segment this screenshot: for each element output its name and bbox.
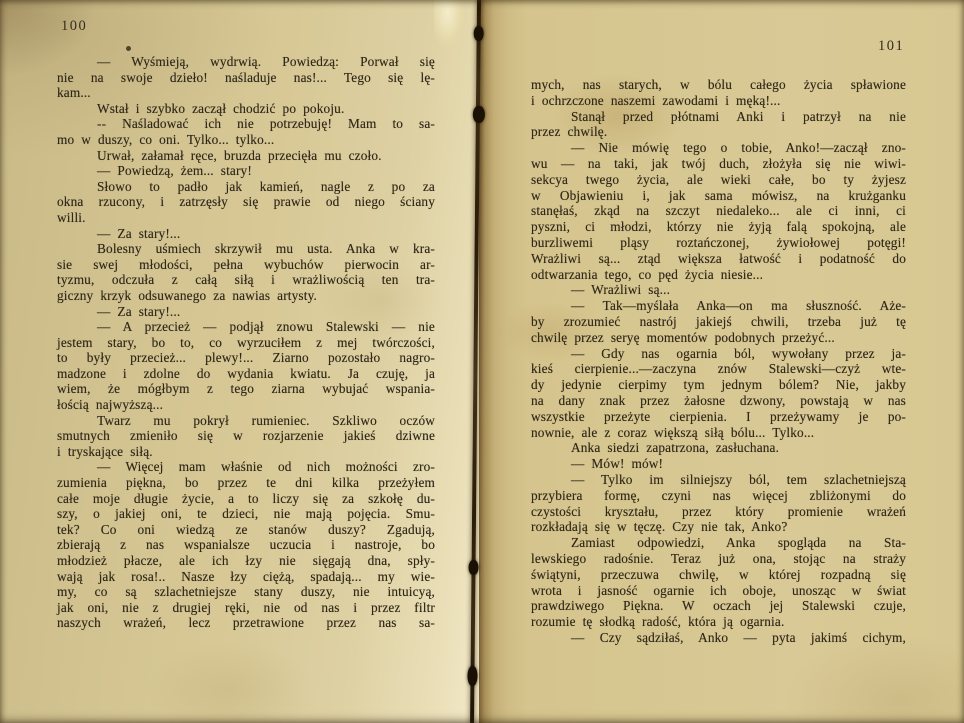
text-line: dy jedynie cierpimy tym jednym bólem? Ni… [531,377,906,393]
text-line: kieś cierpienie...—zaczyna znów Stalewsk… [531,361,906,377]
text-line: Bolesny uśmiech skrzywił mu usta. Anka w… [57,241,435,257]
text-line: prawdziwego Piękna. W oczach jej Stalews… [531,598,906,614]
book-spread: 100 101 — Wyśmieją, wydrwią. Powiedzą: P… [0,0,964,723]
text-line: — Powiedzą, żem... stary! [57,163,435,179]
text-line: Wrażliwi są... ztąd większa łatwość i po… [531,251,906,267]
text-line: młodzież płacze, ale ich łzy nie sięgają… [57,553,435,569]
text-line: przybiera formę, czyni nas więcej zbliżo… [531,488,906,504]
text-line: czystości kryształu, przez który promien… [531,504,906,520]
text-line: wszystkie przeżyte cierpienia. I przeżyw… [531,409,906,425]
text-line: zbierają z nas wspanialsze uczucia i nas… [57,537,435,553]
text-line: Zamiast odpowiedzi, Anka spogląda na Sta… [531,535,906,551]
binding-knot [474,26,484,41]
text-line: i ochrzczone naszemi zawodami i męką!... [531,93,906,109]
text-line: Anka siedzi zapatrzona, zasłuchana. [531,440,906,456]
text-line: wu — na taki, jak twój duch, złożyła się… [531,156,906,172]
text-line: jestem stary, bo to, co wyrzuciłem z mej… [57,335,435,351]
text-line: — Więcej mam właśnie od nich możności zr… [57,459,435,475]
text-line: świątyni, przeczuwa chwilę, w której roz… [531,567,906,583]
text-line: w Objawieniu i, jak sama mówisz, na kruż… [531,188,906,204]
text-line: kam... [57,85,435,101]
text-line: wrota i jasność ogarnie ich oboje, unosz… [531,583,906,599]
text-line: burzliwemi pląsy roztańczonej, żywiołowe… [531,235,906,251]
text-line: sekcya twego życia, ale wieki całe, bo t… [531,172,906,188]
text-line: -- Naśladować ich nie potrzebuję! Mam to… [57,116,435,132]
text-line: — Gdy nas ogarnia ból, wywołany przez ja… [531,346,906,362]
text-line: to były przecież... plewy!... Ziarno poz… [57,350,435,366]
text-line: lewskiego radośnie. Teraz już ona, stoją… [531,551,906,567]
text-line: my, co są szlachetniejsze stany duszy, n… [57,584,435,600]
text-line: rozkładają się w tęczę. Czy nie tak, Ank… [531,519,906,535]
text-line: sie swej młodości, pełna wybuchów pierwo… [57,257,435,273]
text-line: — Czy sądziłaś, Anko — pyta jakimś cichy… [531,630,906,646]
text-line: smutnych zmieniło się w rozjarzenie jaki… [57,428,435,444]
text-line: tyzmu, odczuła z całą siłą i wrażliwości… [57,272,435,288]
text-line: — Wrażliwi są... [531,282,906,298]
text-line: stanęłaś, zkąd na szczyt niedaleko... al… [531,203,906,219]
text-line: nownie, ale z coraz większą siłą bólu...… [531,425,906,441]
page-text-right: mych, nas starych, w bólu całego życia s… [531,77,906,646]
text-line: na dany znak przez żałosne dzwony, powst… [531,393,906,409]
text-line: — Nie mówię tego o tobie, Anko!—zaczął z… [531,140,906,156]
binding-knot [473,106,485,123]
text-line: — Za stary!... [57,226,435,242]
text-line: okna rzucony, i zatrzęsły się prawie od … [57,194,435,210]
text-line: przez chwilę. [531,124,906,140]
text-line: — A przecież — podjął znowu Stalewski — … [57,319,435,335]
page-text-left: — Wyśmieją, wydrwią. Powiedzą: Porwał si… [57,54,435,631]
text-line: mo w duszy, co oni. Tylko... tylko... [57,132,435,148]
text-line: pyszni, ci młodzi, którzy nie żyją falą … [531,219,906,235]
text-line: Wstał i szybko zaczął chodzić po pokoju. [57,101,435,117]
text-line: Słowo to padło jak kamień, nagle z po za [57,179,435,195]
text-line: Twarz mu pokrył rumieniec. Szkliwo oczów [57,413,435,429]
text-line: — Mów! mów! [531,456,906,472]
text-line: nie na swoje dzieło! naśladuje nas!... T… [57,70,435,86]
text-line: jak oni, nie z drugiej ręki, nie od nas … [57,600,435,616]
page-number-right: 101 [878,38,904,55]
text-line: i tryskające siłą. [57,444,435,460]
binding-knot [468,560,478,575]
text-line: szy, o jakiej oni, te dzieci, nie mają p… [57,506,435,522]
text-line: odtwarzania tego, co pęd życia niesie... [531,267,906,283]
gutter-paper-curl [434,0,464,46]
text-line: wiem, że mógłbym z tego ziarna wybujać w… [57,381,435,397]
text-line: całe moje długie życie, a to liczy się z… [57,491,435,507]
text-line: zumienia piękna, bo przez te dni kilka p… [57,475,435,491]
text-line: chwilę przez seryę momentów podobnych pr… [531,330,906,346]
text-line: — Za stary!... [57,304,435,320]
text-line: łością najwyższą... [57,397,435,413]
text-line: — Wyśmieją, wydrwią. Powiedzą: Porwał si… [57,54,435,70]
page-number-left: 100 [61,18,87,35]
binding-knot [467,666,477,686]
text-line: — Tak—myślała Anka—on ma słuszność. Aże- [531,298,906,314]
text-line: by zrozumieć nastrój jakiejś chwili, trz… [531,314,906,330]
text-line: madzone i zdolne do wydania kwiatu. Ja c… [57,366,435,382]
text-line: willi. [57,210,435,226]
text-line: rozumie tę słodką radość, która ją ogarn… [531,614,906,630]
text-line: wają jak rosa!.. Nasze łzy ciężą, spadaj… [57,569,435,585]
text-line: giczny krzyk odsuwanego za nawias artyst… [57,288,435,304]
text-line: Stanął przed płótnami Anki i patrzył na … [531,109,906,125]
ink-speck [126,46,131,51]
text-line: naszych wrażeń, lecz przetrawione przez … [57,615,435,631]
text-line: Urwał, załamał ręce, bruzda przecięła mu… [57,148,435,164]
text-line: mych, nas starych, w bólu całego życia s… [531,77,906,93]
text-line: tek? Co oni wiedzą ze stanów duszy? Zgad… [57,522,435,538]
text-line: — Tylko im silniejszy ból, tem szlachetn… [531,472,906,488]
